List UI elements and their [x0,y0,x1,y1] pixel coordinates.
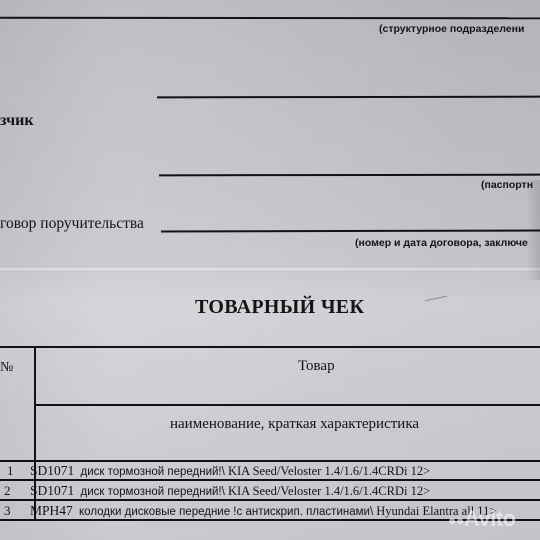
structural-unit-line [0,17,540,19]
table-top-border [0,346,540,348]
item-description: диск тормозной передний!\ [81,466,225,478]
pen-mark [425,296,447,304]
item-description: колодки дисковые передние !с антискрип. … [79,506,373,518]
row-item: SD1071 диск тормозной передний!\ KIA See… [30,483,430,499]
item-model: KIA Seed/Veloster 1.4/1.6/1.4CRDi 12> [228,484,430,498]
item-description: диск тормозной передний!\ [81,486,225,498]
paper-fold [0,266,540,272]
buyer-label: зчик [0,112,34,130]
guarantee-contract-label: говор поручительства [0,215,144,233]
table-subheader-bottom [0,460,540,462]
row-number: 3 [4,503,11,519]
item-model: KIA Seed/Veloster 1.4/1.6/1.4CRDi 12> [228,464,430,478]
avito-watermark: ●●Avito [448,506,516,532]
row-2-bottom [0,499,540,501]
buyer-line [157,96,540,99]
row-1-bottom [0,479,540,481]
contract-line [161,230,540,233]
table-header-divider [34,404,540,406]
row-item: SD1071 диск тормозной передний!\ KIA See… [30,463,430,479]
header-number: № [0,360,13,376]
contract-caption: (номер и дата договора, заключе [355,237,528,249]
header-product: Товар [298,358,335,375]
header-product-sub: наименование, краткая характеристика [170,416,419,433]
document-title: ТОВАРНЫЙ ЧЕК [195,296,364,319]
item-code: SD1071 [30,463,74,478]
item-code: MPH47 [30,503,73,518]
passport-caption: (паспортн [481,179,533,191]
watermark-text: Avito [464,506,516,531]
avito-logo-icon: ●● [448,512,464,528]
item-code: SD1071 [30,483,74,498]
row-item: MPH47 колодки дисковые передние !с антис… [30,503,496,519]
structural-unit-caption: (структурное подразделени [379,23,524,35]
passport-line [159,174,540,177]
row-number: 1 [7,463,14,479]
row-number: 2 [4,483,11,499]
